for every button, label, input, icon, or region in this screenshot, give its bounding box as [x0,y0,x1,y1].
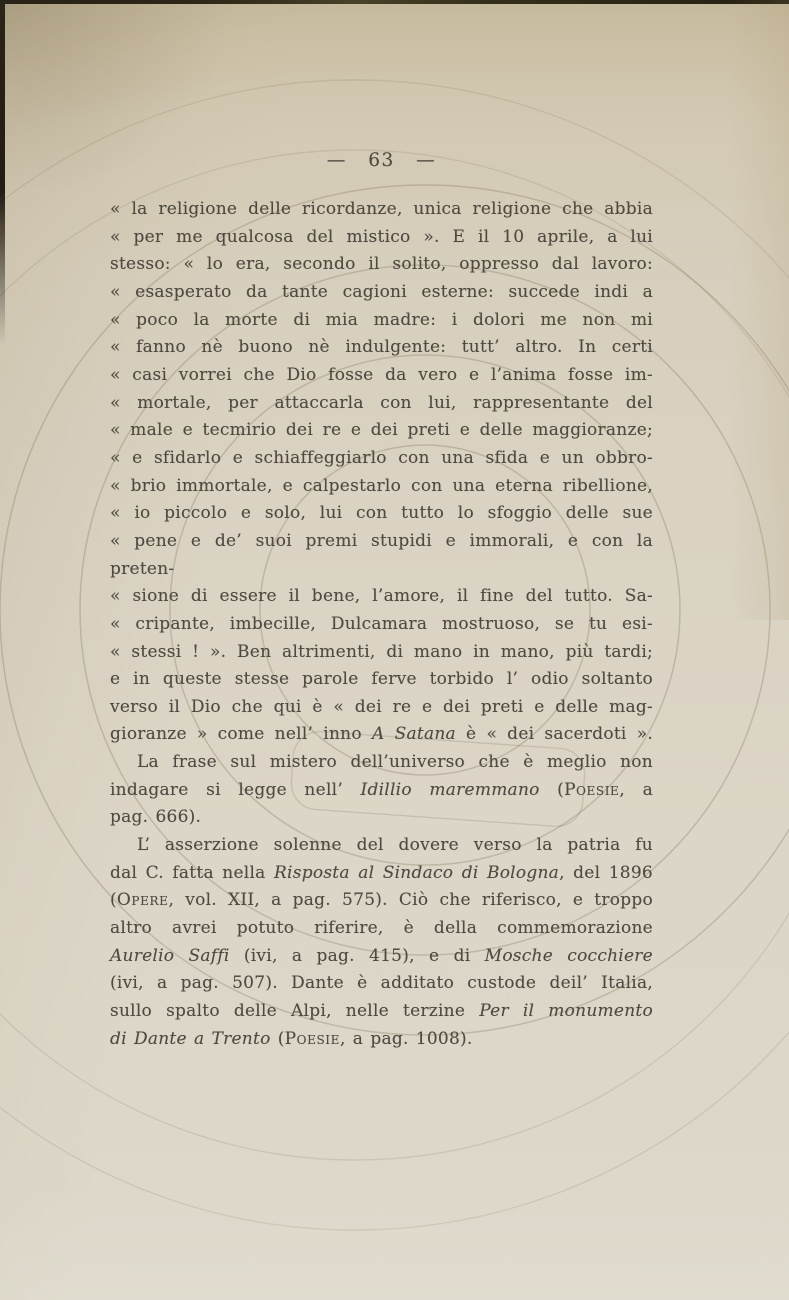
text-line: « casi vorrei che Dio fosse da vero e l’… [110,362,653,390]
text-line: gioranze » come nell’ inno A Satana è « … [110,721,653,749]
body-text: dal C. fatta nella [110,863,274,883]
body-text: , vol. XII, a pag. 575). Ciò che riferis… [168,890,653,910]
text-line: (ivi, a pag. 507). Dante è additato cust… [110,970,653,998]
body-text: L’ asserzione solenne del dovere verso l… [137,835,653,855]
body-text: ( [271,1029,285,1049]
smallcaps-text: Poesie [564,780,619,800]
text-line: « stessi ! ». Ben altrimenti, di mano in… [110,639,653,667]
body-text: indagare si legge nell’ [110,780,361,800]
body-text: ( [540,780,564,800]
body-text: « poco la morte di mia madre: i dolori m… [110,310,653,330]
body-text: pag. 666). [110,807,201,827]
body-text: (ivi, a pag. 415), e di [230,946,485,966]
text-line: « brio immortale, e calpestarlo con una … [110,473,653,501]
text-line: La frase sul mistero dell’universo che è… [110,749,653,777]
text-line: « cripante, imbecille, Dulcamara mostruo… [110,611,653,639]
body-text: , del 1896 [559,863,653,883]
text-line: « sione di essere il bene, l’amore, il f… [110,583,653,611]
text-line: « la religione delle ricordanze, unica r… [110,196,653,224]
body-text: , a pag. 1008). [340,1029,473,1049]
page-left-edge [0,0,5,345]
body-text: « brio immortale, e calpestarlo con una … [110,476,653,496]
body-text: « male e tecmirio dei re e dei preti e d… [110,420,653,440]
italic-text: A Satana [372,724,456,744]
body-text: « pene e de’ suoi premi stupidi e immora… [110,531,653,579]
text-line: sullo spalto delle Alpi, nelle terzine P… [110,998,653,1026]
text-line: verso il Dio che qui è « dei re e dei pr… [110,694,653,722]
page-text: « la religione delle ricordanze, unica r… [110,196,653,1053]
text-line: altro avrei potuto riferire, è della com… [110,915,653,943]
text-line: pag. 666). [110,804,653,832]
body-text: ( [110,890,117,910]
text-line: « pene e de’ suoi premi stupidi e immora… [110,528,653,583]
body-text: « stessi ! ». Ben altrimenti, di mano in… [110,642,653,662]
body-text: « per me qualcosa del mistico ». E il 10… [110,227,653,247]
italic-text: Aurelio Saffi [110,946,230,966]
text-line: « io piccolo e solo, lui con tutto lo sf… [110,500,653,528]
text-line: « fanno nè buono nè indulgente: tutt’ al… [110,334,653,362]
right-edge-shade [729,0,789,620]
body-text: gioranze » come nell’ inno [110,724,372,744]
italic-text: Per il monumento [479,1001,653,1021]
smallcaps-text: Opere [117,890,169,910]
body-text: verso il Dio che qui è « dei re e dei pr… [110,697,653,717]
text-line: (Opere, vol. XII, a pag. 575). Ciò che r… [110,887,653,915]
body-text: (ivi, a pag. 507). Dante è additato cust… [110,973,653,993]
body-text: stesso: « lo era, secondo il solito, opp… [110,254,653,274]
italic-text: Mosche cocchiere [485,946,653,966]
text-line: L’ asserzione solenne del dovere verso l… [110,832,653,860]
text-line: « per me qualcosa del mistico ». E il 10… [110,224,653,252]
text-line: dal C. fatta nella Risposta al Sindaco d… [110,860,653,888]
page-number: — 63 — [110,150,653,171]
body-text: « e sfidarlo e schiaffeggiarlo con una s… [110,448,653,468]
body-text: « esasperato da tante cagioni esterne: s… [110,282,653,302]
body-text: sullo spalto delle Alpi, nelle terzine [110,1001,479,1021]
italic-text: Risposta al Sindaco di Bologna [274,863,559,883]
smallcaps-text: Poesie [285,1029,340,1049]
body-text: e in queste stesse parole ferve torbido … [110,669,653,689]
body-text: « casi vorrei che Dio fosse da vero e l’… [110,365,653,385]
text-line: indagare si legge nell’ Idillio maremman… [110,777,653,805]
body-text: « cripante, imbecille, Dulcamara mostruo… [110,614,653,634]
italic-text: di Dante a Trento [110,1029,271,1049]
body-text: « la religione delle ricordanze, unica r… [110,199,653,219]
bottom-paper-highlight [0,1180,789,1300]
text-line: « e sfidarlo e schiaffeggiarlo con una s… [110,445,653,473]
body-text: La frase sul mistero dell’universo che è… [137,752,653,772]
text-line: « mortale, per attaccarla con lui, rappr… [110,390,653,418]
body-text: , a [619,780,653,800]
italic-text: Idillio maremmano [361,780,540,800]
body-text: « fanno nè buono nè indulgente: tutt’ al… [110,337,653,357]
text-line: e in queste stesse parole ferve torbido … [110,666,653,694]
text-line: « poco la morte di mia madre: i dolori m… [110,307,653,335]
body-text: altro avrei potuto riferire, è della com… [110,918,653,938]
text-line: Aurelio Saffi (ivi, a pag. 415), e di Mo… [110,943,653,971]
page-top-edge [0,0,789,4]
text-line: « male e tecmirio dei re e dei preti e d… [110,417,653,445]
body-text: « io piccolo e solo, lui con tutto lo sf… [110,503,653,523]
body-text: « sione di essere il bene, l’amore, il f… [110,586,653,606]
body-text: « mortale, per attaccarla con lui, rappr… [110,393,653,413]
body-text: è « dei sacerdoti ». [456,724,653,744]
text-line: « esasperato da tante cagioni esterne: s… [110,279,653,307]
text-line: di Dante a Trento (Poesie, a pag. 1008). [110,1026,653,1054]
book-page-scan: — 63 — « la religione delle ricordanze, … [0,0,789,1300]
text-line: stesso: « lo era, secondo il solito, opp… [110,251,653,279]
